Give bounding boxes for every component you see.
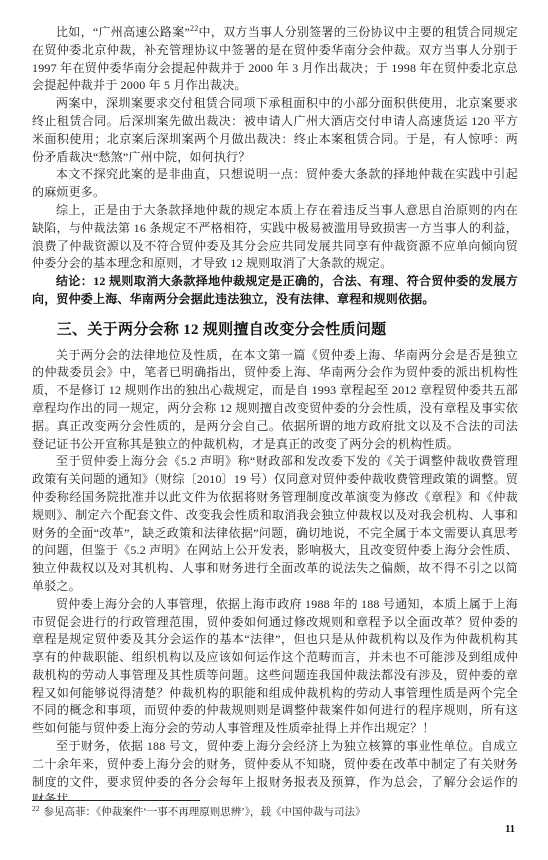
paragraph-summary: 综上，正是由于大条款择地仲裁的规定本质上存在着违反当事人意思自治原则的内在缺陷，… <box>32 202 518 273</box>
footnote: 22参见高菲：《仲裁案件‘一事不再理原则思辨’》，载《中国仲裁与司法》 <box>32 806 518 820</box>
footnote-divider <box>32 800 200 801</box>
paragraph-two-cases: 两案中，深圳案要求交付租赁合同项下承租面积中的小部分面积供使用，北京案要求终止租… <box>32 95 518 166</box>
footnote-number: 22 <box>32 804 40 813</box>
document-page: 比如，“广州高速公路案”22中，双方当事人分别签署的三份协议中主要的租赁合同规定… <box>0 0 548 860</box>
paragraph-case-example: 比如，“广州高速公路案”22中，双方当事人分别签署的三份协议中主要的租赁合同规定… <box>32 24 518 95</box>
document-body: 比如，“广州高速公路案”22中，双方当事人分别签署的三份协议中主要的租赁合同规定… <box>32 24 518 809</box>
paragraph-text: 比如，“广州高速公路案” <box>56 25 190 39</box>
paragraph-finance: 至于财务，依据 188 号文，贸仲委上海分会经济上为独立核算的事业性单位。自成立… <box>32 738 518 809</box>
paragraph-purpose: 本文不探究此案的是非曲直，只想说明一点：贸仲委大条款的择地仲裁在实践中引起的麻烦… <box>32 166 518 202</box>
footnote-area: 22参见高菲：《仲裁案件‘一事不再理原则思辨’》，载《中国仲裁与司法》 <box>32 800 518 836</box>
section-heading: 三、关于两分会称 12 规则擅自改变分会性质问题 <box>32 322 518 340</box>
footnote-text: 参见高菲：《仲裁案件‘一事不再理原则思辨’》，载《中国仲裁与司法》 <box>44 807 366 818</box>
paragraph-legal-status: 关于两分会的法律地位及性质，在本文第一篇《贸仲委上海、华南两分会是否是独立的仲裁… <box>32 347 518 454</box>
paragraph-statement-5-2: 至于贸仲委上海分会《5.2 声明》称“财政部和发改委下发的《关于调整仲裁收费管理… <box>32 453 518 595</box>
page-number: 11 <box>505 824 515 835</box>
paragraph-personnel-management: 贸仲委上海分会的人事管理，依据上海市政府 1988 年的 188 号通知，本质上… <box>32 596 518 738</box>
paragraph-conclusion: 结论：12 规则取消大条款择地仲裁规定是正确的，合法、有理、符合贸仲委的发展方向… <box>32 273 518 309</box>
